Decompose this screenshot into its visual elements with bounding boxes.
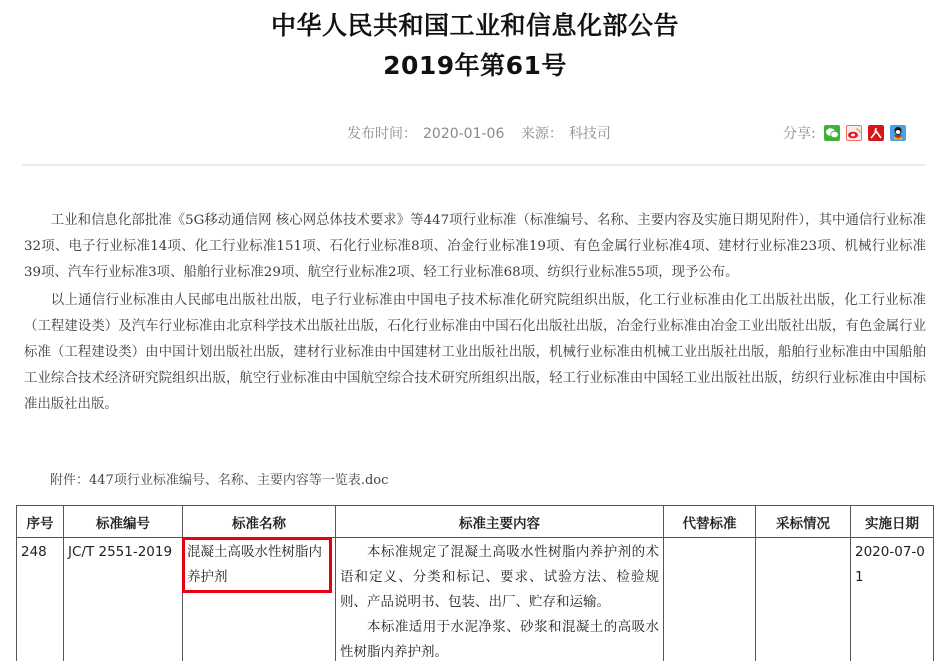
table-header-row: 序号 标准编号 标准名称 标准主要内容 代替标准 采标情况 实施日期 <box>17 506 934 538</box>
body-paragraph-2: 以上通信行业标准由人民邮电出版社出版，电子行业标准由中国电子技术标准化研究院组织… <box>24 288 926 418</box>
renren-icon[interactable] <box>868 125 884 141</box>
publish-label-text: 发布时间： <box>347 126 417 142</box>
share-bar: 分享: <box>783 123 906 143</box>
qq-icon[interactable] <box>890 125 906 141</box>
header-seq: 序号 <box>17 506 64 538</box>
header-code: 标准编号 <box>64 506 183 538</box>
announcement-title: 中华人民共和国工业和信息化部公告 <box>0 6 950 42</box>
content-paragraph-1: 本标准规定了混凝土高吸水性树脂内养护剂的术语和定义、分类和标记、要求、试验方法、… <box>340 540 659 615</box>
source-info: 来源：科技司 <box>521 126 617 142</box>
standard-name: 混凝土高吸水性树脂内养护剂 <box>187 544 322 585</box>
cell-effective-date: 2020-07-01 <box>851 538 934 661</box>
header-name: 标准名称 <box>183 506 336 538</box>
share-label: 分享: <box>783 123 816 143</box>
cell-name: 混凝土高吸水性树脂内养护剂 <box>183 538 336 661</box>
header-content: 标准主要内容 <box>336 506 664 538</box>
table-row: 248 JC/T 2551-2019 混凝土高吸水性树脂内养护剂 本标准规定了混… <box>17 538 934 661</box>
source-name: 科技司 <box>569 126 611 142</box>
cell-content: 本标准规定了混凝土高吸水性树脂内养护剂的术语和定义、分类和标记、要求、试验方法、… <box>336 538 664 661</box>
weibo-icon[interactable] <box>846 125 862 141</box>
announcement-number: 2019年第61号 <box>0 46 950 82</box>
publish-meta: 发布时间：2020-01-06 来源：科技司 <box>347 123 623 143</box>
cell-seq: 248 <box>17 538 64 661</box>
header-adoption: 采标情况 <box>756 506 851 538</box>
wechat-icon[interactable] <box>824 125 840 141</box>
body-paragraph-1: 工业和信息化部批准《5G移动通信网 核心网总体技术要求》等447项行业标准（标准… <box>24 208 926 286</box>
publish-date: 2020-01-06 <box>423 126 504 142</box>
attachment-link[interactable]: 附件：447项行业标准编号、名称、主要内容等一览表.doc <box>50 469 388 488</box>
paragraph-text: 以上通信行业标准由人民邮电出版社出版，电子行业标准由中国电子技术标准化研究院组织… <box>24 288 926 418</box>
standards-table: 序号 标准编号 标准名称 标准主要内容 代替标准 采标情况 实施日期 248 J… <box>16 505 934 661</box>
header-effective-date: 实施日期 <box>851 506 934 538</box>
header-replaces: 代替标准 <box>664 506 756 538</box>
content-paragraph-2: 本标准适用于水泥净浆、砂浆和混凝土的高吸水性树脂内养护剂。 <box>340 615 659 661</box>
cell-replaces <box>664 538 756 661</box>
cell-adoption <box>756 538 851 661</box>
cell-code: JC/T 2551-2019 <box>64 538 183 661</box>
paragraph-text: 工业和信息化部批准《5G移动通信网 核心网总体技术要求》等447项行业标准（标准… <box>24 208 926 286</box>
header-divider <box>22 164 925 166</box>
source-label: 来源： <box>521 126 563 142</box>
publish-label: 发布时间：2020-01-06 <box>347 126 510 142</box>
